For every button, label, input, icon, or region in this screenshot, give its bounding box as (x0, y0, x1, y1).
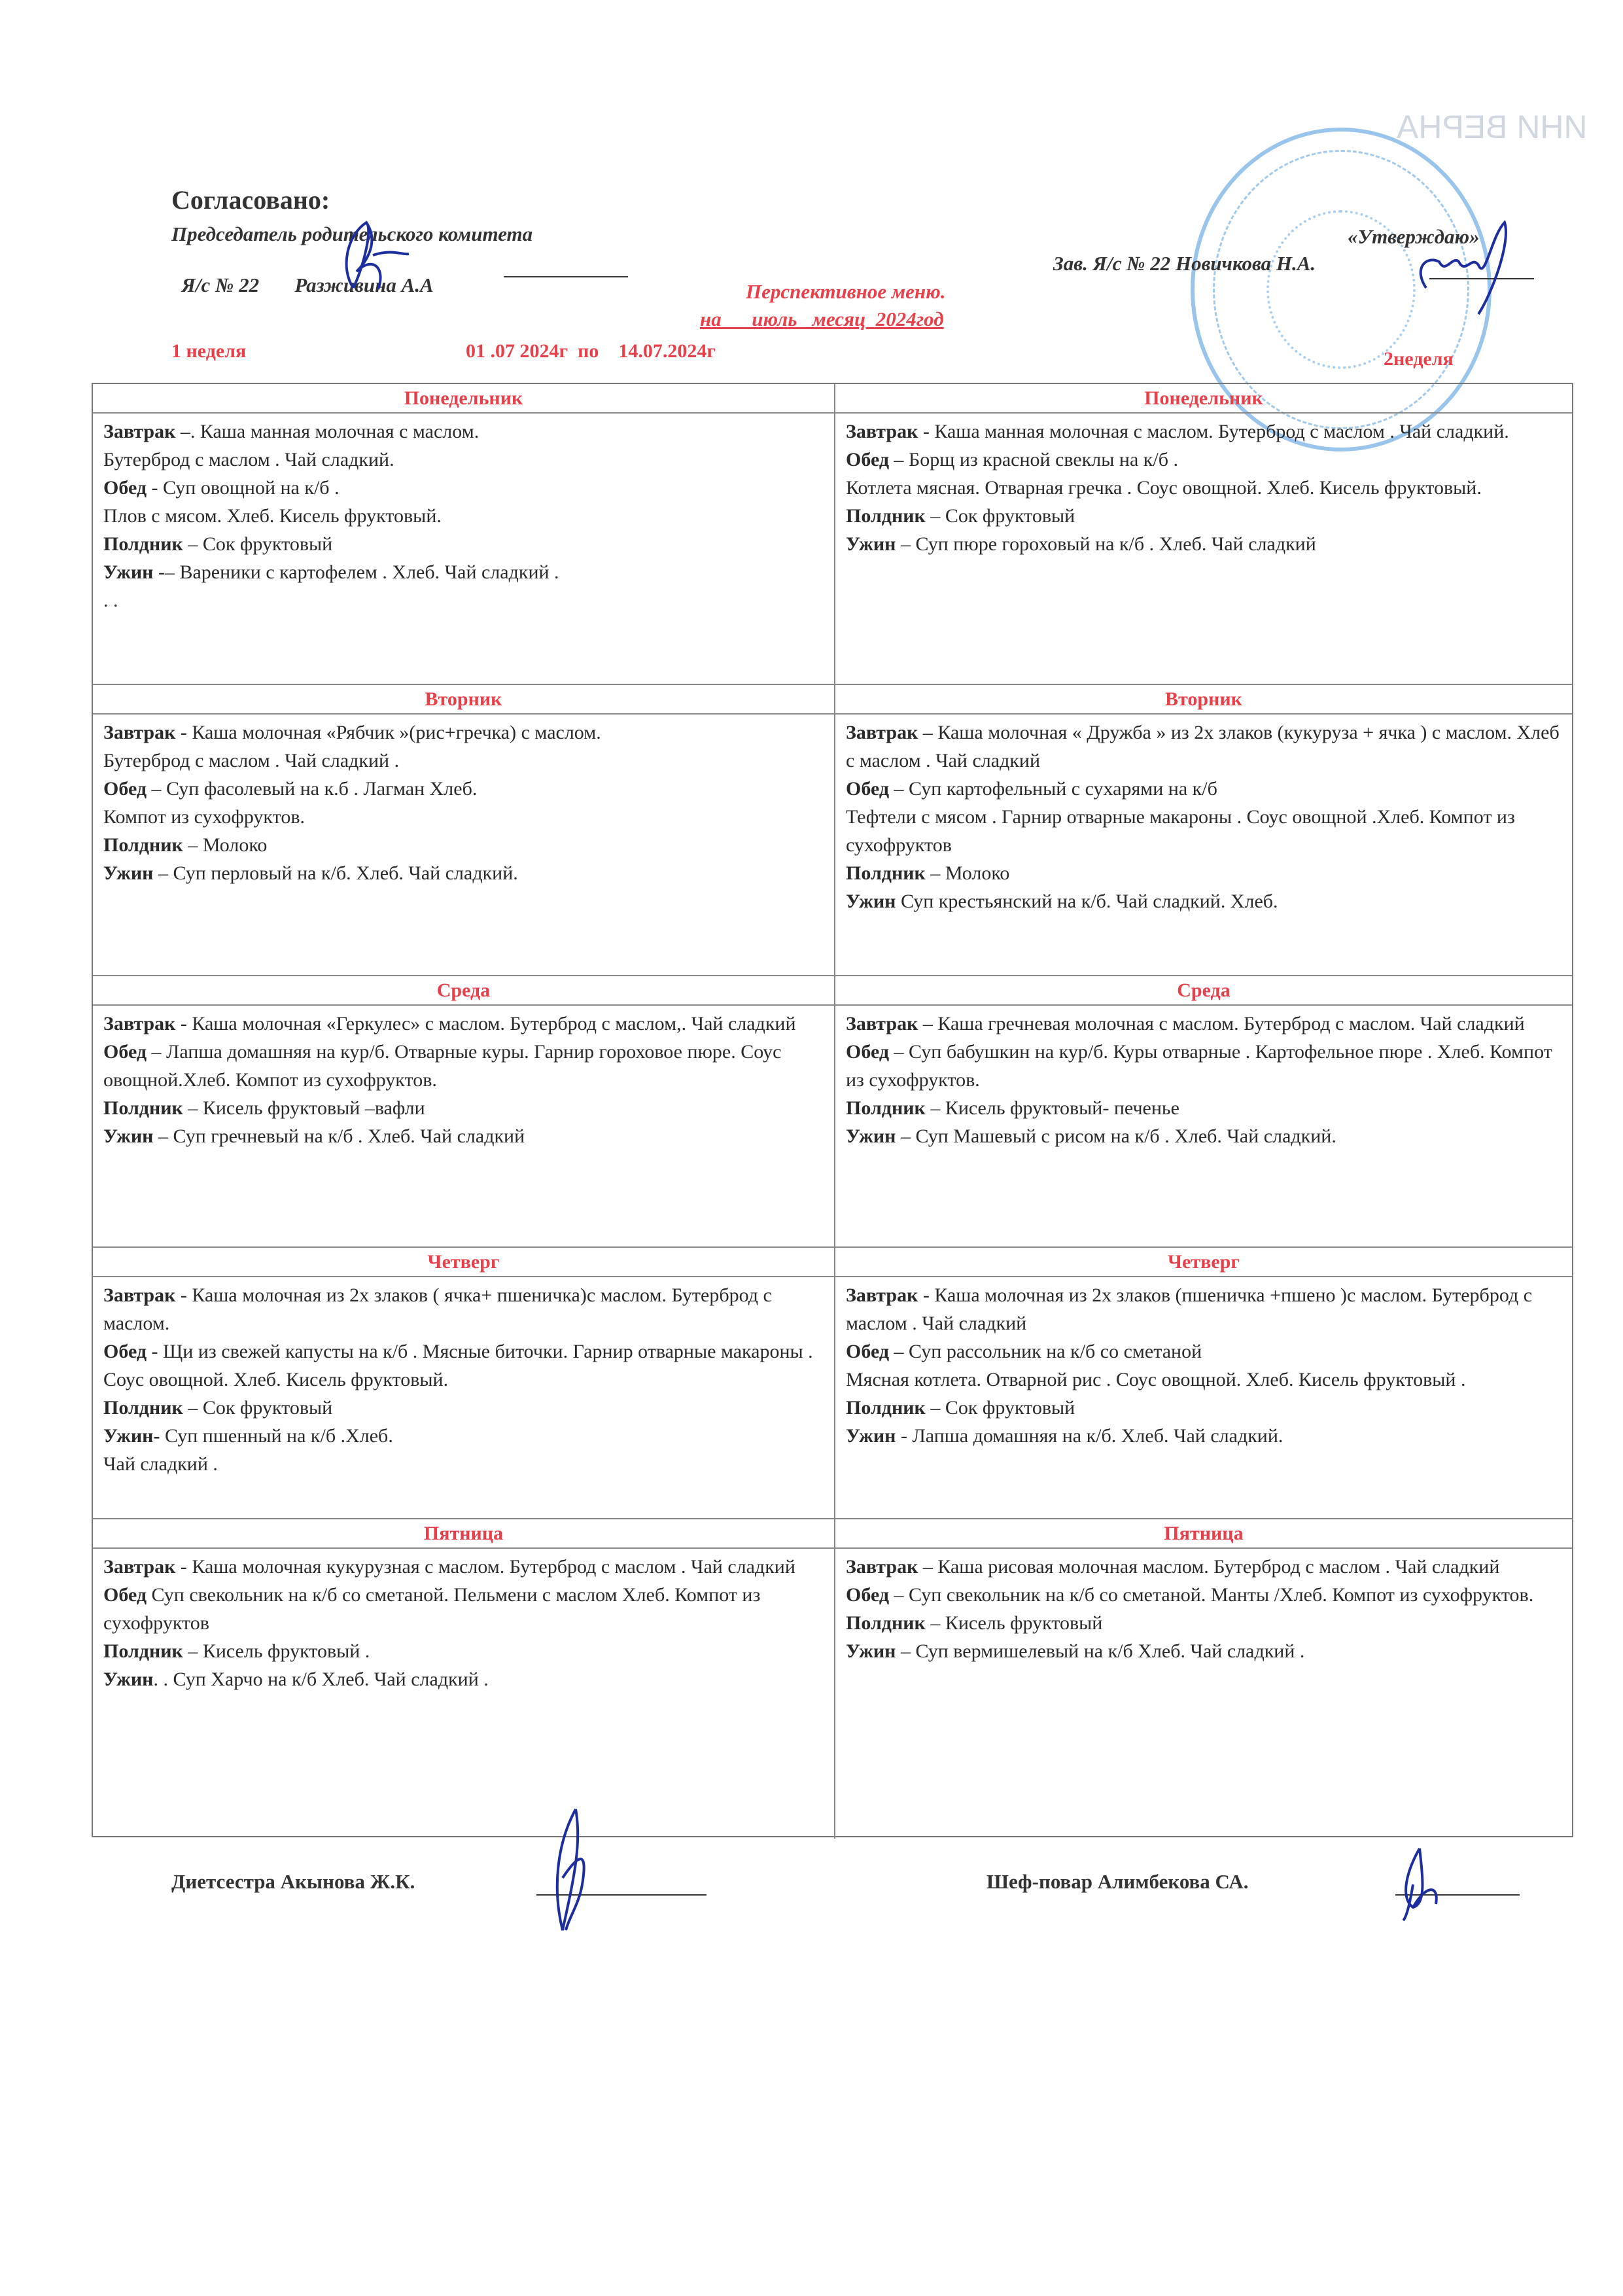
approved-signatory: Зав. Я/с № 22 Новичкова Н.А. (1053, 252, 1316, 275)
meal-label: Завтрак (846, 421, 918, 442)
meal-text: – Кисель фруктовый . (183, 1640, 370, 1662)
meal-text: – Кисель фруктовый –вафли (183, 1097, 425, 1119)
meal-label: Ужин (846, 1425, 896, 1447)
meal-line: Полдник – Молоко (103, 831, 824, 859)
meal-label: Завтрак (103, 1284, 175, 1306)
meal-line: . . (103, 586, 824, 614)
day-header: Четверг (93, 1248, 835, 1277)
meal-label: Ужин (103, 1125, 153, 1147)
meal-text: – Сок фруктовый (183, 1397, 332, 1419)
meal-text: - Каша молочная из 2х злаков (пшеничка +… (846, 1284, 1532, 1334)
meal-line: Завтрак – Каша молочная « Дружба » из 2х… (846, 718, 1562, 775)
day-header: Вторник (835, 685, 1572, 715)
meal-text: Суп крестьянский на к/б. Чай сладкий. Хл… (896, 891, 1278, 912)
day-menu: Завтрак – Каша молочная « Дружба » из 2х… (835, 715, 1572, 976)
chef-name: Шеф-повар Алимбекова СА. (986, 1870, 1249, 1893)
meal-line: Бутерброд с маслом . Чай сладкий . (103, 747, 824, 775)
meal-line: Завтрак - Каша молочная из 2х злаков (пш… (846, 1281, 1562, 1337)
chef-signature: Шеф-повар Алимбекова СА. (986, 1870, 1249, 1894)
meal-text: – Каша гречневая молочная с маслом. Буте… (918, 1013, 1524, 1034)
meal-label: Обед (103, 1041, 147, 1063)
meal-label: Полдник (846, 505, 926, 527)
meal-line: Полдник – Кисель фруктовый (846, 1609, 1562, 1637)
meal-line: Завтрак - Каша молочная кукурузная с мас… (103, 1553, 824, 1581)
meal-text: Суп пшенный на к/б .Хлеб. (160, 1425, 393, 1447)
dietitian-signature-icon (536, 1806, 615, 1937)
period-line: на июль месяц 2024год (700, 308, 944, 331)
meal-text: – Суп бабушкин на кур/б. Куры отварные .… (846, 1041, 1552, 1091)
meal-line: Завтрак – Каша гречневая молочная с масл… (846, 1010, 1562, 1038)
meal-label: Ужин (846, 533, 896, 555)
day-header: Понедельник (835, 384, 1572, 414)
meal-label: Полдник (846, 1397, 926, 1419)
meal-line: Полдник – Сок фруктовый (846, 1394, 1562, 1422)
meal-text: – Лапша домашняя на кур/б. Отварные куры… (103, 1041, 781, 1091)
meal-text: Плов с мясом. Хлеб. Кисель фруктовый. (103, 505, 442, 527)
day-menu: Завтрак - Каша молочная из 2х злаков ( я… (93, 1277, 835, 1519)
meal-label: Полдник (846, 1097, 926, 1119)
meal-line: Мясная котлета. Отварной рис . Соус овощ… (846, 1366, 1562, 1394)
meal-text: – Суп пюре гороховый на к/б . Хлеб. Чай … (896, 533, 1316, 555)
meal-label: Ужин- (103, 1425, 160, 1447)
meal-text: Мясная котлета. Отварной рис . Соус овощ… (846, 1369, 1466, 1390)
meal-line: Обед - Суп овощной на к/б . (103, 474, 824, 502)
day-header: Четверг (835, 1248, 1572, 1277)
meal-line: Полдник – Сок фруктовый (103, 1394, 824, 1422)
agreed-title: Согласовано: (171, 185, 330, 215)
meal-line: Бутерброд с маслом . Чай сладкий. (103, 446, 824, 474)
meal-text: – Каша рисовая молочная маслом. Бутербро… (918, 1556, 1499, 1578)
meal-line: Полдник – Молоко (846, 859, 1562, 887)
day-header: Пятница (93, 1519, 835, 1549)
meal-label: Обед (846, 778, 889, 800)
faint-stamp-mark: ИНИ ВЕРНА (1397, 108, 1587, 146)
meal-label: Ужин (846, 891, 896, 912)
chef-signature-icon (1387, 1845, 1452, 1924)
meal-line: Обед – Суп бабушкин на кур/б. Куры отвар… (846, 1038, 1562, 1094)
meal-label: Завтрак (846, 1556, 918, 1578)
meal-line: Ужин -– Вареники с картофелем . Хлеб. Ча… (103, 558, 824, 586)
meal-label: Обед (846, 1341, 889, 1362)
meal-line: Полдник – Сок фруктовый (103, 530, 824, 558)
meal-line: Ужин – Суп вермишелевый на к/б Хлеб. Чай… (846, 1637, 1562, 1665)
meal-line: Завтрак –. Каша манная молочная с маслом… (103, 417, 824, 446)
day-header: Среда (93, 976, 835, 1006)
meal-text: - Каша молочная кукурузная с маслом. Бут… (175, 1556, 795, 1578)
meal-text: – Суп перловый на к/б. Хлеб. Чай сладкий… (153, 862, 517, 884)
meal-label: Завтрак (103, 421, 175, 442)
meal-text: – Суп Машевый с рисом на к/б . Хлеб. Чай… (896, 1125, 1336, 1147)
meal-label: Полдник (846, 1612, 926, 1634)
meal-text: – Суп вермишелевый на к/б Хлеб. Чай слад… (896, 1640, 1304, 1662)
meal-line: Обед – Суп рассольник на к/б со сметаной (846, 1337, 1562, 1366)
meal-line: Полдник – Кисель фруктовый –вафли (103, 1094, 824, 1122)
meal-line: Ужин – Суп гречневый на к/б . Хлеб. Чай … (103, 1122, 824, 1150)
meal-line: Обед – Борщ из красной свеклы на к/б . (846, 446, 1562, 474)
meal-text: – Суп свекольник на к/б со сметаной. Ман… (889, 1584, 1533, 1606)
meal-text: – Кисель фруктовый- печенье (926, 1097, 1179, 1119)
meal-label: Полдник (103, 1097, 183, 1119)
day-menu: Завтрак - Каша молочная кукурузная с мас… (93, 1549, 835, 1839)
meal-line: Завтрак - Каша манная молочная с маслом.… (846, 417, 1562, 446)
meal-label: Ужин (103, 1669, 153, 1690)
meal-text: - Каша молочная из 2х злаков ( ячка+ пше… (103, 1284, 772, 1334)
day-menu: Завтрак – Каша гречневая молочная с масл… (835, 1006, 1572, 1248)
meal-label: Полдник (103, 1397, 183, 1419)
meal-text: - Лапша домашняя на к/б. Хлеб. Чай сладк… (896, 1425, 1283, 1447)
meal-line: Обед – Суп картофельный с сухарями на к/… (846, 775, 1562, 803)
meal-label: Обед (846, 1584, 889, 1606)
meal-line: Компот из сухофруктов. (103, 803, 824, 831)
meal-text: – Сок фруктовый (183, 533, 332, 555)
meal-line: Полдник – Сок фруктовый (846, 502, 1562, 530)
agreed-signature-icon (327, 216, 412, 294)
meal-text: – Молоко (926, 862, 1010, 884)
meal-label: Завтрак (846, 722, 918, 743)
meal-text: - Щи из свежей капусты на к/б . Мясные б… (103, 1341, 813, 1390)
meal-line: Завтрак - Каша молочная «Рябчик »(рис+гр… (103, 718, 824, 747)
day-menu: Завтрак - Каша молочная «Геркулес» с мас… (93, 1006, 835, 1248)
day-menu: Завтрак - Каша молочная из 2х злаков (пш… (835, 1277, 1572, 1519)
meal-text: – Борщ из красной свеклы на к/б . (889, 449, 1178, 470)
meal-label: Обед (103, 1341, 147, 1362)
meal-text: Котлета мясная. Отварная гречка . Соус о… (846, 477, 1482, 499)
approved-signature-icon (1406, 216, 1524, 321)
meal-text: - Каша молочная «Геркулес» с маслом. Бут… (175, 1013, 795, 1034)
day-menu: Завтрак - Каша манная молочная с маслом.… (835, 414, 1572, 685)
meal-label: Обед (846, 449, 889, 470)
meal-line: Полдник – Кисель фруктовый- печенье (846, 1094, 1562, 1122)
meal-line: Полдник – Кисель фруктовый . (103, 1637, 824, 1665)
meal-label: Ужин (103, 561, 153, 583)
meal-line: Завтрак - Каша молочная «Геркулес» с мас… (103, 1010, 824, 1038)
meal-label: Полдник (103, 1640, 183, 1662)
meal-label: Обед (103, 778, 147, 800)
meal-line: Ужин - Лапша домашняя на к/б. Хлеб. Чай … (846, 1422, 1562, 1450)
date-range: 01 .07 2024г по 14.07.2024г (466, 340, 716, 362)
meal-label: Полдник (103, 834, 183, 856)
meal-text: . . (103, 590, 118, 611)
meal-label: Ужин (846, 1640, 896, 1662)
day-menu: Завтрак - Каша молочная «Рябчик »(рис+гр… (93, 715, 835, 976)
meal-text: Тефтели с мясом . Гарнир отварные макаро… (846, 806, 1515, 856)
day-menu: Завтрак – Каша рисовая молочная маслом. … (835, 1549, 1572, 1839)
meal-label: Завтрак (846, 1284, 918, 1306)
meal-line: Ужин – Суп Машевый с рисом на к/б . Хлеб… (846, 1122, 1562, 1150)
day-header: Понедельник (93, 384, 835, 414)
meal-line: Обед Суп свекольник на к/б со сметаной. … (103, 1581, 824, 1637)
meal-line: Завтрак - Каша молочная из 2х злаков ( я… (103, 1281, 824, 1337)
day-header: Вторник (93, 685, 835, 715)
meal-label: Завтрак (103, 1013, 175, 1034)
meal-text: Суп свекольник на к/б со сметаной. Пельм… (103, 1584, 760, 1634)
meal-line: Ужин – Суп пюре гороховый на к/б . Хлеб.… (846, 530, 1562, 558)
day-header: Пятница (835, 1519, 1572, 1549)
meal-text: -– Вареники с картофелем . Хлеб. Чай сла… (153, 561, 559, 583)
meal-label: Обед (103, 477, 147, 499)
meal-text: – Суп картофельный с сухарями на к/б (889, 778, 1217, 800)
meal-text: Чай сладкий . (103, 1453, 218, 1475)
dietitian-name: Диетсестра Акынова Ж.К. (171, 1870, 415, 1893)
meal-text: - Каша манная молочная с маслом. Бутербр… (918, 421, 1509, 442)
agreed-org: Я/с № 22 (182, 274, 260, 296)
meal-label: Завтрак (103, 1556, 175, 1578)
meal-text: Бутерброд с маслом . Чай сладкий. (103, 449, 394, 470)
meal-text: – Каша молочная « Дружба » из 2х злаков … (846, 722, 1560, 771)
meal-line: Чай сладкий . (103, 1450, 824, 1478)
meal-line: Завтрак – Каша рисовая молочная маслом. … (846, 1553, 1562, 1581)
meal-text: - Каша молочная «Рябчик »(рис+гречка) с … (175, 722, 601, 743)
meal-line: Обед – Суп фасолевый на к.б . Лагман Хле… (103, 775, 824, 803)
meal-text: – Сок фруктовый (926, 1397, 1075, 1419)
meal-text: – Кисель фруктовый (926, 1612, 1103, 1634)
meal-line: Котлета мясная. Отварная гречка . Соус о… (846, 474, 1562, 502)
meal-label: Ужин (103, 862, 153, 884)
week1-label: 1 неделя (171, 340, 246, 362)
meal-label: Завтрак (846, 1013, 918, 1034)
meal-line: Плов с мясом. Хлеб. Кисель фруктовый. (103, 502, 824, 530)
dietitian-signature: Диетсестра Акынова Ж.К. (171, 1870, 415, 1894)
meal-label: Полдник (103, 533, 183, 555)
meal-label: Обед (846, 1041, 889, 1063)
meal-text: – Сок фруктовый (926, 505, 1075, 527)
meal-text: –. Каша манная молочная с маслом. (175, 421, 479, 442)
document-title: Перспективное меню. (746, 280, 945, 304)
meal-line: Ужин. . Суп Харчо на к/б Хлеб. Чай сладк… (103, 1665, 824, 1693)
meal-label: Завтрак (103, 722, 175, 743)
meal-label: Полдник (846, 862, 926, 884)
menu-table: ПонедельникПонедельникЗавтрак –. Каша ма… (92, 383, 1573, 1837)
meal-text: – Молоко (183, 834, 268, 856)
meal-text: – Суп рассольник на к/б со сметаной (889, 1341, 1202, 1362)
meal-line: Обед – Лапша домашняя на кур/б. Отварные… (103, 1038, 824, 1094)
meal-label: Обед (103, 1584, 147, 1606)
meal-text: – Суп фасолевый на к.б . Лагман Хлеб. (147, 778, 477, 800)
meal-text: – Суп гречневый на к/б . Хлеб. Чай сладк… (153, 1125, 525, 1147)
day-menu: Завтрак –. Каша манная молочная с маслом… (93, 414, 835, 685)
day-header: Среда (835, 976, 1572, 1006)
meal-text: - Суп овощной на к/б . (147, 477, 340, 499)
meal-text: Компот из сухофруктов. (103, 806, 305, 828)
meal-line: Ужин- Суп пшенный на к/б .Хлеб. (103, 1422, 824, 1450)
week2-label: 2неделя (1384, 348, 1454, 370)
agreed-signature-line (504, 276, 628, 277)
meal-line: Обед – Суп свекольник на к/б со сметаной… (846, 1581, 1562, 1609)
meal-line: Обед - Щи из свежей капусты на к/б . Мяс… (103, 1337, 824, 1394)
meal-line: Ужин – Суп перловый на к/б. Хлеб. Чай сл… (103, 859, 824, 887)
meal-line: Ужин Суп крестьянский на к/б. Чай сладки… (846, 887, 1562, 915)
meal-text: . . Суп Харчо на к/б Хлеб. Чай сладкий . (153, 1669, 488, 1690)
meal-line: Тефтели с мясом . Гарнир отварные макаро… (846, 803, 1562, 859)
meal-label: Ужин (846, 1125, 896, 1147)
meal-text: Бутерброд с маслом . Чай сладкий . (103, 750, 399, 771)
